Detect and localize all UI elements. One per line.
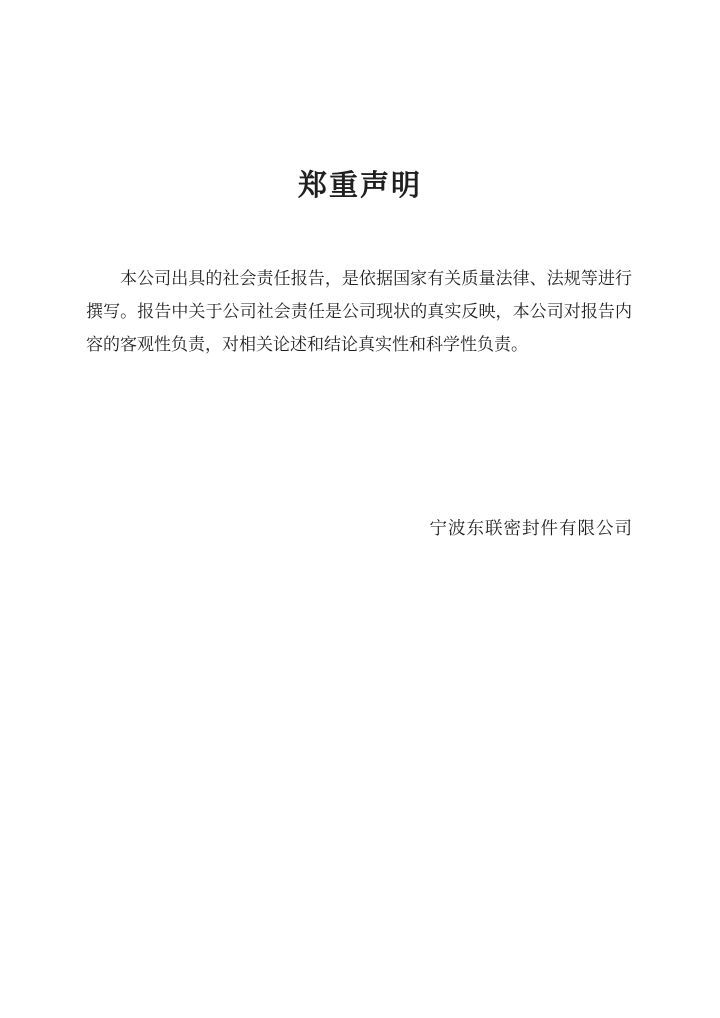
declaration-paragraph: 本公司出具的社会责任报告，是依据国家有关质量法律、法规等进行撰写。报告中关于公司…	[86, 262, 632, 361]
company-signature: 宁波东联密封件有限公司	[0, 515, 633, 540]
page-title: 郑重声明	[0, 163, 720, 204]
document-page: 郑重声明 本公司出具的社会责任报告，是依据国家有关质量法律、法规等进行撰写。报告…	[0, 0, 720, 1018]
